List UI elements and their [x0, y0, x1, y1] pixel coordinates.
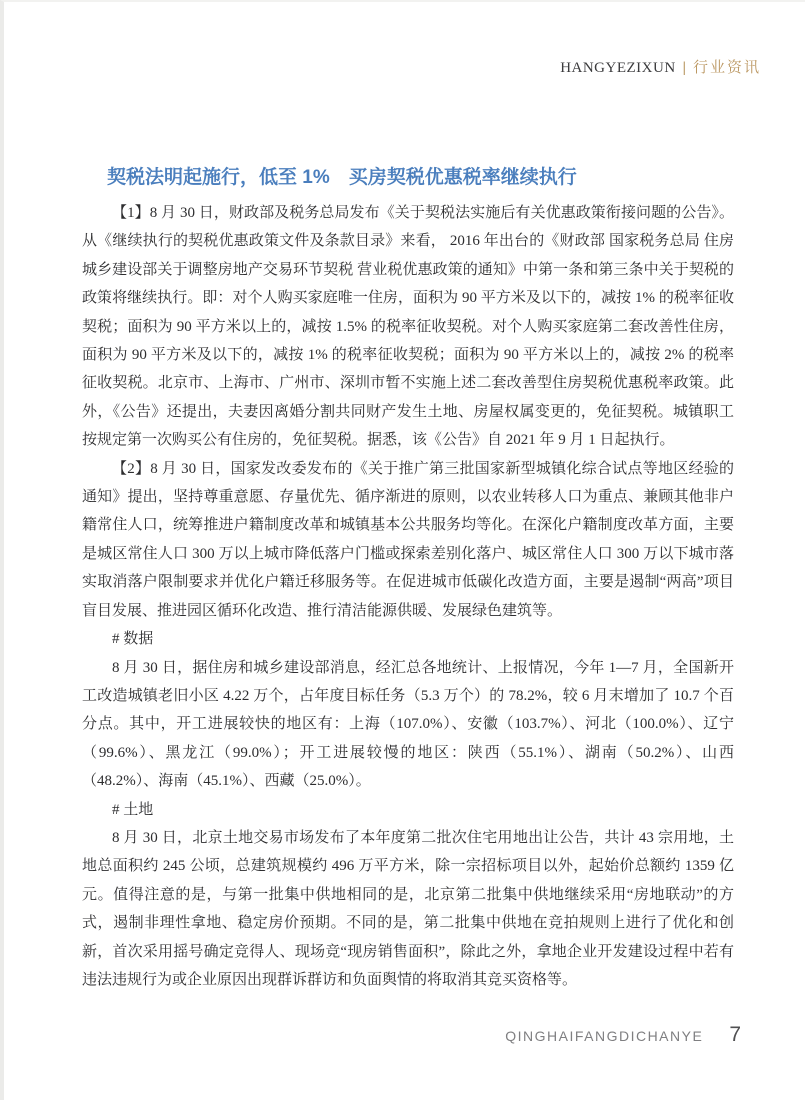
document-page: HANGYEZIXUN | 行业资讯 契税法明起施行，低至 1% 买房契税优惠税…	[0, 0, 805, 1100]
article-title: 契税法明起施行，低至 1% 买房契税优惠税率继续执行	[82, 166, 734, 190]
page-header: HANGYEZIXUN | 行业资讯	[560, 56, 761, 77]
paragraph-land: 8 月 30 日，北京土地交易市场发布了本年度第二批次住宅用地出让公告，共计 4…	[82, 824, 734, 994]
paragraph-1: 【1】8 月 30 日，财政部及税务总局发布《关于契税法实施后有关优惠政策衔接问…	[82, 199, 734, 455]
article-body: 契税法明起施行，低至 1% 买房契税优惠税率继续执行 【1】8 月 30 日，财…	[82, 166, 734, 994]
paragraph-2: 【2】8 月 30 日，国家发改委发布的《关于推广第三批国家新型城镇化综合试点等…	[82, 455, 734, 625]
header-separator: |	[683, 60, 686, 77]
subheading-land: # 土地	[82, 796, 734, 824]
page-footer: QINGHAIFANGDICHANYE 7	[505, 1023, 741, 1047]
section-title: 行业资讯	[693, 56, 761, 77]
footer-journal-name: QINGHAIFANGDICHANYE	[505, 1028, 703, 1044]
paragraph-data: 8 月 30 日，据住房和城乡建设部消息，经汇总各地统计、上报情况，今年 1—7…	[82, 654, 734, 796]
subheading-data: # 数据	[82, 625, 734, 653]
journal-code: HANGYEZIXUN	[560, 60, 675, 77]
page-number: 7	[729, 1023, 741, 1047]
